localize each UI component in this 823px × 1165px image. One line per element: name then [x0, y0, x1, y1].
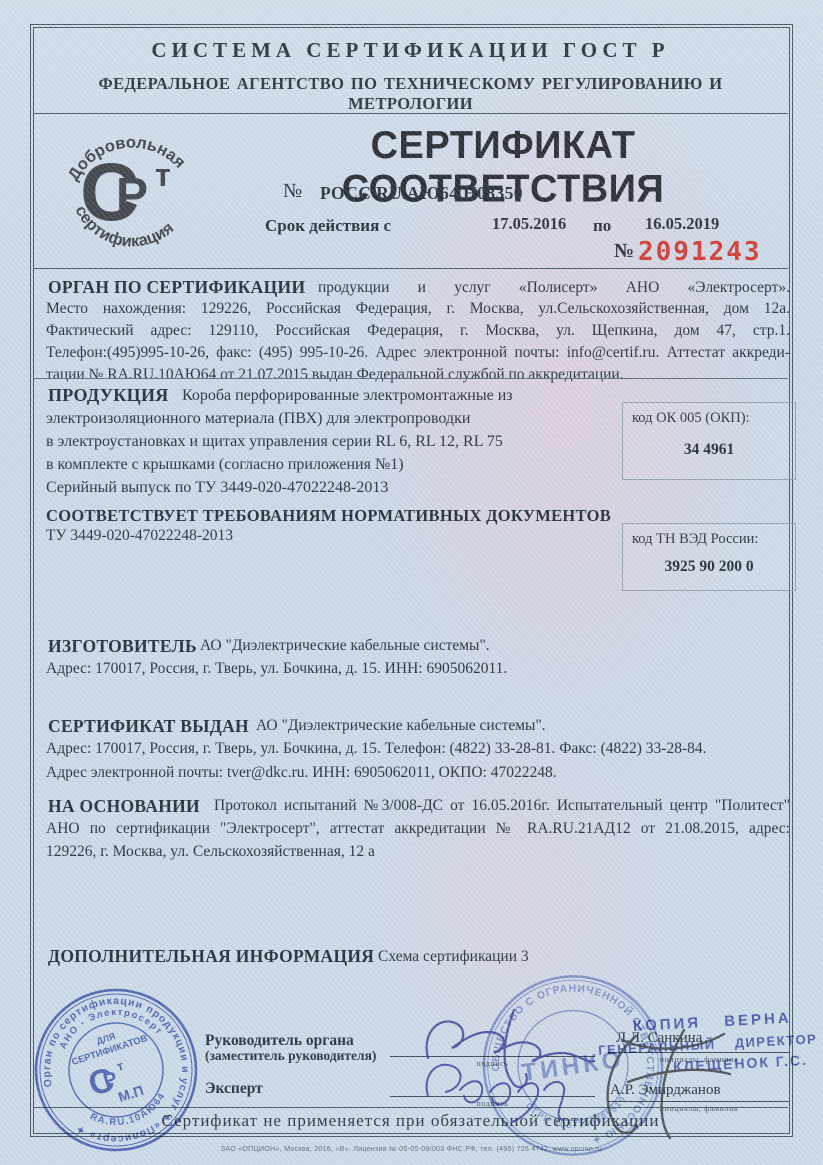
stamp-mp-text: М.П	[116, 1082, 145, 1105]
stamp-ring-text: Орган по сертификации продукции и услуг …	[24, 978, 208, 1162]
rst-letter-r: Р	[116, 169, 148, 222]
rst-letter-t: т	[155, 157, 171, 193]
validity-label: Срок действия с	[265, 216, 391, 236]
product-section-label: ПРОДУКЦИЯ	[48, 385, 169, 406]
head-role-line2: (заместитель руководителя)	[205, 1048, 376, 1064]
certificate-page: СИСТЕМА СЕРТИФИКАЦИИ ГОСТ Р ФЕДЕРАЛЬНОЕ …	[0, 0, 823, 1165]
tnved-code-value: 3925 90 200 0	[623, 558, 795, 576]
header-system-line: СИСТЕМА СЕРТИФИКАЦИИ ГОСТ Р	[33, 38, 788, 63]
form-number-value: 2091243	[638, 237, 762, 267]
okp-code-value: 34 4961	[623, 441, 795, 459]
additional-section-label: ДОПОЛНИТЕЛЬНАЯ ИНФОРМАЦИЯ	[48, 946, 374, 967]
conforms-text: ТУ 3449-020-47022248-2013	[46, 527, 233, 545]
org-line: Место нахождения: 129226, Российская Фед…	[46, 300, 790, 318]
divider-title	[33, 268, 788, 269]
basis-section-label: НА ОСНОВАНИИ	[48, 796, 200, 817]
validity-po-label: по	[593, 216, 611, 236]
product-line: в электроустановках и щитах управления с…	[46, 433, 503, 451]
validity-from-date: 17.05.2016	[492, 214, 566, 234]
issued-contact-line: Адрес: 170017, Россия, г. Тверь, ул. Боч…	[46, 740, 707, 758]
okp-code-box: код ОК 005 (ОКП): 34 4961	[622, 402, 796, 480]
org-intro: продукции и услуг «Полисерт» АНО «Электр…	[318, 279, 790, 297]
issued-name: АО "Диэлектрические кабельные системы".	[256, 717, 546, 735]
conforms-section-label: СООТВЕТСТВУЕТ ТРЕБОВАНИЯМ НОРМАТИВНЫХ ДО…	[46, 506, 611, 526]
okp-code-label: код ОК 005 (ОКП):	[623, 403, 795, 427]
stamp-rst-t: т	[115, 1058, 126, 1074]
manufacturer-address: Адрес: 170017, Россия, г. Тверь, ул. Боч…	[46, 660, 507, 678]
basis-line: АНО по сертификации "Электросерт", аттес…	[46, 820, 790, 838]
manufacturer-name: АО "Диэлектрические кабельные системы".	[200, 637, 490, 655]
additional-text: Схема сертификации 3	[378, 948, 529, 966]
expert-role: Эксперт	[205, 1080, 263, 1098]
manufacturer-section-label: ИЗГОТОВИТЕЛЬ	[48, 636, 197, 657]
product-line: в комплекте с крышками (согласно приложе…	[46, 456, 404, 474]
form-number-sign: №	[614, 240, 634, 263]
expert-handwritten-signature	[420, 1052, 592, 1124]
org-line: Телефон:(495)995-10-26, факс: (495) 995-…	[46, 344, 790, 362]
org-line: тации № RA.RU.10АЮ64 от 21.07.2015 выдан…	[46, 366, 790, 384]
product-line: электроизоляционного материала (ПВХ) для…	[46, 410, 470, 428]
rst-logo: Добровольная сертификация С Р т	[52, 114, 212, 250]
basis-line: Протокол испытаний №3/008-ДС от 16.05.20…	[214, 797, 790, 815]
tnved-code-box: код ТН ВЭД России: 3925 90 200 0	[622, 523, 796, 591]
product-line: Короба перфорированные электромонтажные …	[182, 387, 513, 405]
org-line: Фактический адрес: 129110, Российская Фе…	[46, 322, 790, 340]
overlay-dark-signature	[592, 1024, 754, 1142]
svg-text:Орган по сертификации продукци: Орган по сертификации продукции и услуг …	[24, 978, 208, 1162]
issued-section-label: СЕРТИФИКАТ ВЫДАН	[48, 716, 249, 737]
tnved-code-label: код ТН ВЭД России:	[623, 524, 795, 548]
divider-org	[33, 378, 788, 379]
reg-number-value: РОСС RU.АЮ64.H08350	[320, 183, 523, 204]
org-section-label: ОРГАН ПО СЕРТИФИКАЦИИ	[48, 277, 305, 298]
basis-line: 129226, г. Москва, ул. Сельскохозяйствен…	[46, 843, 375, 861]
issued-email-line: Адрес электронной почты: tver@dkc.ru. ИН…	[46, 764, 557, 782]
reg-number-sign: №	[283, 180, 302, 203]
product-line: Серийный выпуск по ТУ 3449-020-47022248-…	[46, 479, 388, 497]
certification-round-stamp: Орган по сертификации продукции и услуг …	[24, 978, 208, 1162]
header-agency-line: ФЕДЕРАЛЬНОЕ АГЕНТСТВО ПО ТЕХНИЧЕСКОМУ РЕ…	[33, 74, 788, 114]
validity-to-date: 16.05.2019	[645, 214, 719, 234]
